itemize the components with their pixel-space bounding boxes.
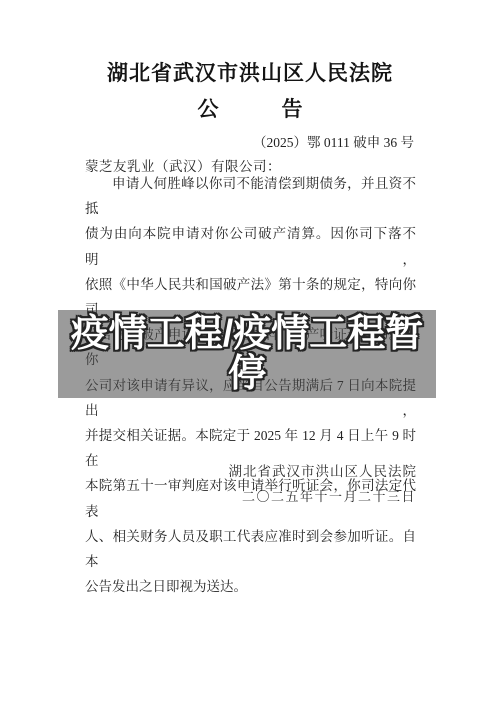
signature-date: 二〇二五年十一月二十三日: [242, 486, 416, 505]
court-announcement-document: 湖北省武汉市洪山区人民法院 公 告 （2025）鄂 0111 破申 36 号 蒙…: [0, 0, 500, 706]
case-number: （2025）鄂 0111 破申 36 号: [253, 131, 414, 151]
body-line: 申请人何胜峰以你司不能清偿到期债务，并且资不抵: [85, 171, 416, 221]
body-line: 债为由向本院申请对你公司破产清算。因你司下落不明，: [85, 221, 416, 271]
body-line: 人、相关财务人员及职工代表应准时到会参加听证。自本: [85, 524, 416, 574]
court-title: 湖北省武汉市洪山区人民法院: [0, 57, 500, 87]
watermark-text: 疫情工程/疫情工程暂停: [58, 314, 436, 394]
body-line: 公告发出之日即视为送达。: [85, 574, 416, 599]
notice-title: 公 告: [0, 93, 500, 123]
watermark-overlay: 疫情工程/疫情工程暂停: [58, 310, 436, 398]
signature-court-name: 湖北省武汉市洪山区人民法院: [229, 460, 418, 480]
